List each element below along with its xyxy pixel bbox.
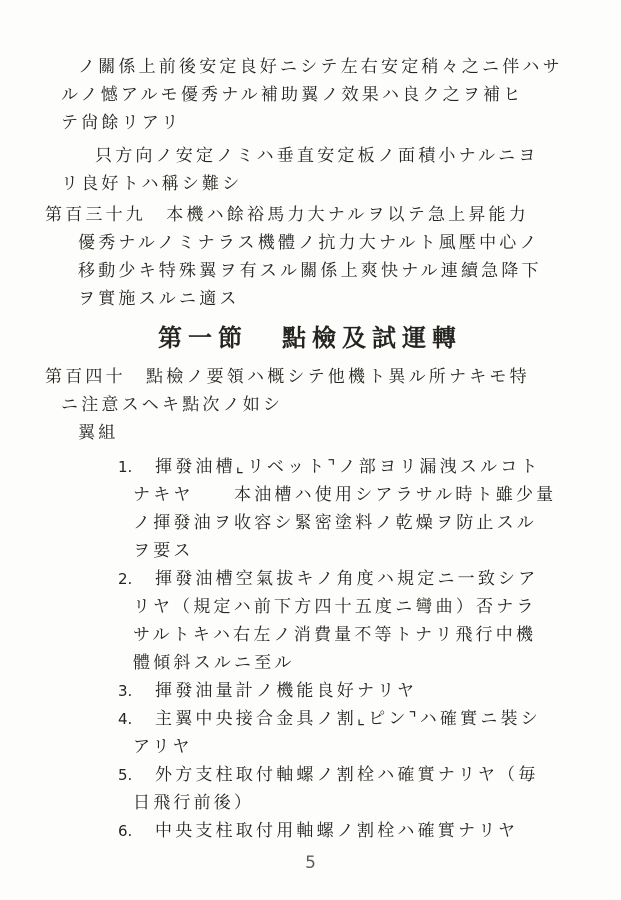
line-text: 揮發油量計ノ機能良好ナリヤ: [155, 681, 417, 700]
text-line: ナキヤ 本油槽ハ使用シアラサル時ト雖少量: [133, 481, 621, 509]
text-line: 6.中央支柱取付用軸螺ノ割栓ハ確實ナリヤ: [118, 817, 621, 845]
text-line: 翼組: [78, 419, 621, 447]
item-number: 3.: [118, 677, 155, 705]
text-line: 3.揮發油量計ノ機能良好ナリヤ: [118, 677, 621, 705]
text-line: ニ注意スヘキ點次ノ如シ: [61, 391, 621, 419]
text-line: 體傾斜スルニ至ル: [133, 649, 621, 677]
text-line: 1.揮發油槽⌞リベット⌝ノ部ヨリ漏洩スルコト: [118, 453, 621, 481]
section-number: 第一節: [158, 326, 248, 352]
line-text: 中央支柱取付用軸螺ノ割栓ハ確實ナリヤ: [155, 821, 518, 840]
line-text: リ良好トハ稱シ難シ: [61, 174, 242, 193]
item-number: 5.: [118, 761, 155, 789]
text-line: 第百四十 點檢ノ要領ハ概シテ他機ト異ル所ナキモ特: [45, 363, 621, 391]
line-text: ヲ要ス: [133, 541, 194, 560]
line-text: 主翼中央接合金具ノ割⌞ピン⌝ハ確實ニ裝シ: [155, 709, 541, 728]
page-number: 5: [0, 853, 621, 873]
item-number: 4.: [118, 705, 155, 733]
text-line: テ尙餘リアリ: [61, 109, 621, 137]
intro-paragraphs: ノ關係上前後安定良好ニシテ左右安定稍々之ニ伴ハサルノ憾アルモ優秀ナル補助翼ノ效果…: [0, 53, 621, 313]
text-line: ヲ要ス: [133, 537, 621, 565]
line-text: 日飛行前後）: [133, 793, 254, 812]
line-text: 移動少キ特殊翼ヲ有スル關係上爽快ナル連續急降下: [78, 261, 542, 280]
line-text: 第百四十 點檢ノ要領ハ概シテ他機ト異ル所ナキモ特: [45, 367, 530, 386]
text-line: ノ關係上前後安定良好ニシテ左右安定稍々之ニ伴ハサ: [78, 53, 621, 81]
text-line: 優秀ナルノミナラス機體ノ抗力大ナルト風壓中心ノ: [78, 229, 621, 257]
text-line: 5.外方支柱取付軸螺ノ割栓ハ確實ナリヤ（毎: [118, 761, 621, 789]
text-line: 日飛行前後）: [133, 789, 621, 817]
text-line: ルノ憾アルモ優秀ナル補助翼ノ效果ハ良ク之ヲ補ヒ: [61, 81, 621, 109]
line-text: 揮發油槽⌞リベット⌝ノ部ヨリ漏洩スルコト: [155, 457, 541, 476]
line-text: アリヤ: [133, 737, 193, 756]
line-text: ノ關係上前後安定良好ニシテ左右安定稍々之ニ伴ハサ: [78, 57, 563, 76]
line-text: ナキヤ 本油槽ハ使用シアラサル時ト雖少量: [133, 485, 556, 504]
line-text: リヤ（規定ハ前下方四十五度ニ彎曲）否ナラ: [133, 597, 537, 616]
document-page: ノ關係上前後安定良好ニシテ左右安定稍々之ニ伴ハサルノ憾アルモ優秀ナル補助翼ノ效果…: [0, 0, 621, 900]
text-line: リ良好トハ稱シ難シ: [61, 170, 621, 198]
line-text: 只方向ノ安定ノミハ垂直安定板ノ面積小ナルニヨ: [95, 146, 539, 165]
item-number: 6.: [118, 817, 155, 845]
inspection-checklist: 第百四十 點檢ノ要領ハ概シテ他機ト異ル所ナキモ特ニ注意スヘキ點次ノ如シ翼組1.揮…: [0, 363, 621, 845]
line-text: サルトキハ右左ノ消費量不等トナリ飛行中機: [133, 625, 536, 644]
text-line: アリヤ: [133, 733, 621, 761]
line-text: ノ揮發油ヲ收容シ緊密塗料ノ乾燥ヲ防止スル: [133, 513, 537, 532]
text-line: ヲ實施スルニ適ス: [78, 285, 621, 313]
line-text: 揮發油槽空氣拔キノ角度ハ規定ニ一致シア: [155, 569, 538, 588]
line-text: 第百三十九 本機ハ餘裕馬力大ナルヲ以テ急上昇能力: [45, 205, 529, 224]
text-line: 第百三十九 本機ハ餘裕馬力大ナルヲ以テ急上昇能力: [45, 201, 621, 229]
text-line: リヤ（規定ハ前下方四十五度ニ彎曲）否ナラ: [133, 593, 621, 621]
line-text: ニ注意スヘキ點次ノ如シ: [61, 395, 283, 414]
line-text: 優秀ナルノミナラス機體ノ抗力大ナルト風壓中心ノ: [78, 233, 540, 252]
section-title: 點檢及試運轉: [282, 326, 462, 352]
line-text: ルノ憾アルモ優秀ナル補助翼ノ效果ハ良ク之ヲ補ヒ: [61, 85, 523, 104]
item-number: 2.: [118, 565, 155, 593]
line-text: 翼組: [78, 423, 118, 442]
text-line: ノ揮發油ヲ收容シ緊密塗料ノ乾燥ヲ防止スル: [133, 509, 621, 537]
line-text: 外方支柱取付軸螺ノ割栓ハ確實ナリヤ（毎: [155, 765, 538, 784]
text-line: 只方向ノ安定ノミハ垂直安定板ノ面積小ナルニヨ: [95, 142, 621, 170]
line-text: 體傾斜スルニ至ル: [133, 653, 295, 672]
text-line: 2.揮發油槽空氣拔キノ角度ハ規定ニ一致シア: [118, 565, 621, 593]
line-text: テ尙餘リアリ: [61, 113, 182, 132]
item-number: 1.: [118, 453, 155, 481]
text-line: 移動少キ特殊翼ヲ有スル關係上爽快ナル連續急降下: [78, 257, 621, 285]
line-text: ヲ實施スルニ適ス: [78, 289, 240, 308]
text-line: 4.主翼中央接合金具ノ割⌞ピン⌝ハ確實ニ裝シ: [118, 705, 621, 733]
text-line: サルトキハ右左ノ消費量不等トナリ飛行中機: [133, 621, 621, 649]
section-heading: 第一節點檢及試運轉: [158, 321, 621, 357]
